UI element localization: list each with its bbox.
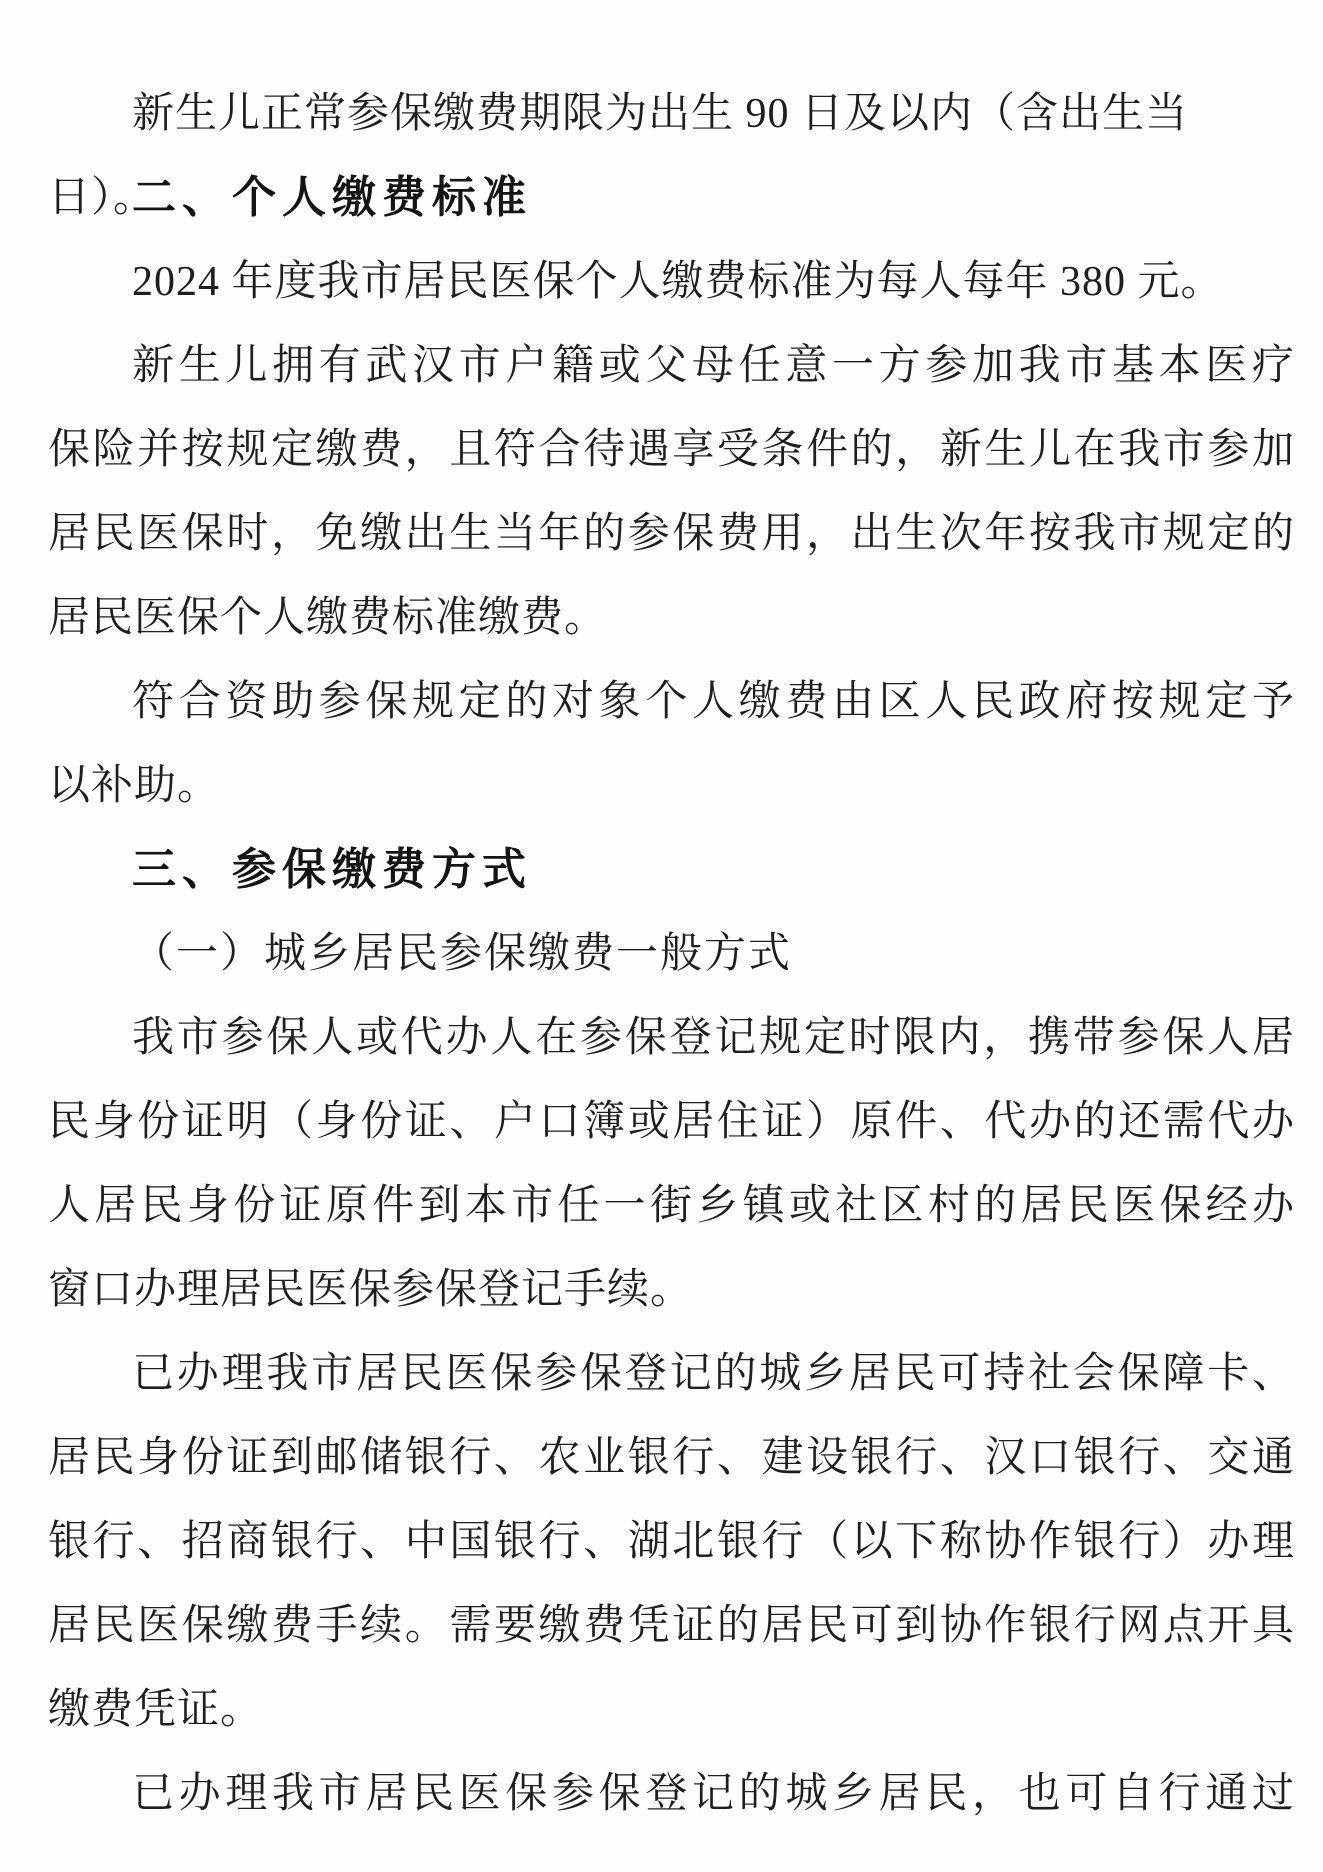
paragraph-line: 人居民身份证原件到本市任一街乡镇或社区村的居民医保经办: [48, 1164, 1295, 1248]
paragraph-line-2024-standard: 2024 年度我市居民医保个人缴费标准为每人每年 380 元。: [48, 240, 1295, 324]
paragraph-line: 居民医保个人缴费标准缴费。: [48, 576, 1295, 660]
paragraph-line: 以补助。: [48, 744, 1295, 828]
paragraph-line-subsidy: 符合资助参保规定的对象个人缴费由区人民政府按规定予: [48, 660, 1295, 744]
paragraph-line-registration: 我市参保人或代办人在参保登记规定时限内，携带参保人居: [48, 996, 1295, 1080]
paragraph-line: 居民医保缴费手续。需要缴费凭证的居民可到协作银行网点开具: [48, 1584, 1295, 1668]
paragraph-line-banks: 已办理我市居民医保参保登记的城乡居民可持社会保障卡、: [48, 1332, 1295, 1416]
paragraph-line: 缴费凭证。: [48, 1668, 1295, 1752]
paragraph-line: 居民身份证到邮储银行、农业银行、建设银行、汉口银行、交通: [48, 1416, 1295, 1500]
subsection-heading-1: （一）城乡居民参保缴费一般方式: [48, 912, 1295, 996]
paragraph-line-newborn-deadline: 新生儿正常参保缴费期限为出生 90 日及以内（含出生当日）。: [48, 72, 1295, 156]
paragraph-line: 民身份证明（身份证、户口簿或居住证）原件、代办的还需代办: [48, 1080, 1295, 1164]
section-heading-2: 二、个人缴费标准: [48, 156, 1295, 240]
document-page: 新生儿正常参保缴费期限为出生 90 日及以内（含出生当日）。 二、个人缴费标准 …: [0, 0, 1323, 1872]
paragraph-line-newborn-hukou: 新生儿拥有武汉市户籍或父母任意一方参加我市基本医疗: [48, 324, 1295, 408]
paragraph-line-self-service: 已办理我市居民医保参保登记的城乡居民，也可自行通过: [48, 1752, 1295, 1836]
section-heading-3: 三、参保缴费方式: [48, 828, 1295, 912]
paragraph-line: 居民医保时，免缴出生当年的参保费用，出生次年按我市规定的: [48, 492, 1295, 576]
paragraph-line: 保险并按规定缴费，且符合待遇享受条件的，新生儿在我市参加: [48, 408, 1295, 492]
paragraph-line: 银行、招商银行、中国银行、湖北银行（以下称协作银行）办理: [48, 1500, 1295, 1584]
paragraph-line: 窗口办理居民医保参保登记手续。: [48, 1248, 1295, 1332]
